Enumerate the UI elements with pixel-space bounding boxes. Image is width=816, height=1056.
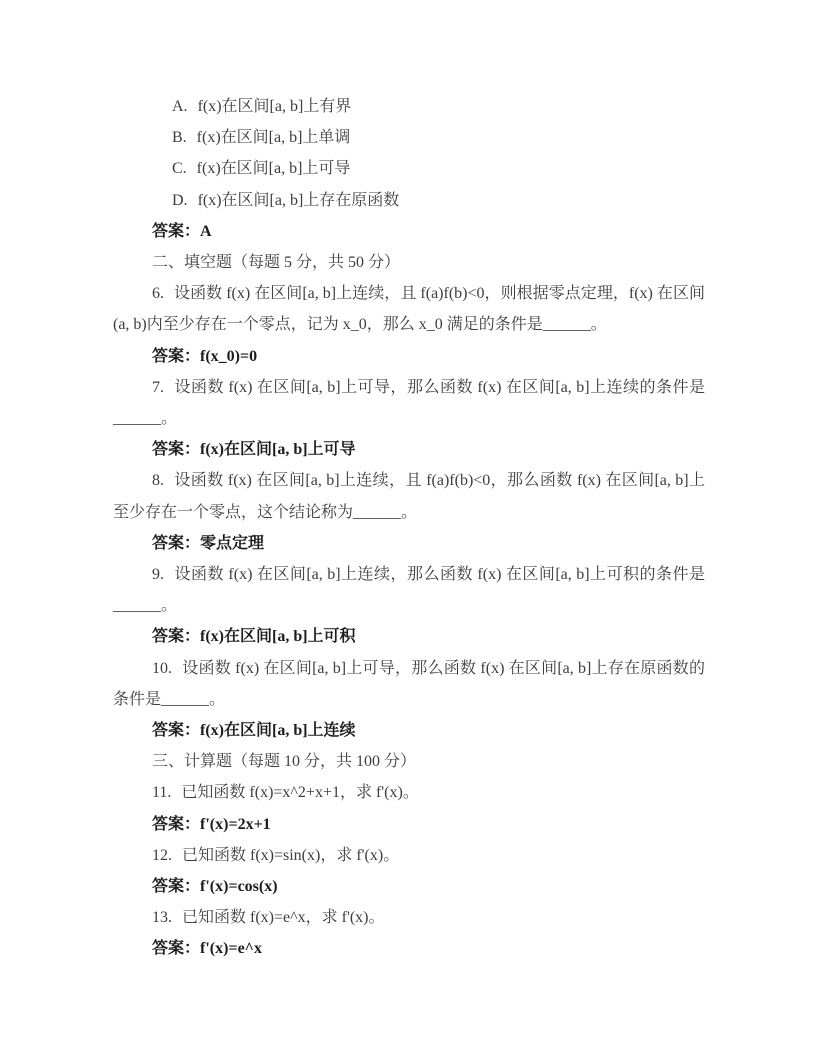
answer-prefix: 答案： [152, 816, 200, 833]
question-line: 7.设函数 f(x) 在区间[a, b]上可导，那么函数 f(x) 在区间[a,… [113, 372, 705, 434]
answer-line: 答案：A [113, 216, 705, 247]
question-number: 11. [152, 784, 171, 801]
question-text: 设函数 f(x) 在区间[a, b]上可导，那么函数 f(x) 在区间[a, b… [113, 379, 705, 427]
answer-prefix: 答案： [152, 722, 200, 739]
answer-prefix: 答案： [152, 348, 200, 365]
option-label: D. [172, 192, 188, 209]
answer-text: 零点定理 [200, 535, 264, 552]
option-label: C. [172, 160, 187, 177]
question-line: 6.设函数 f(x) 在区间[a, b]上连续，且 f(a)f(b)<0，则根据… [113, 278, 705, 340]
choice-option: A.f(x)在区间[a, b]上有界 [113, 91, 705, 122]
question-text: 已知函数 f(x)=e^x，求 f'(x)。 [182, 909, 385, 926]
document-page: A.f(x)在区间[a, b]上有界B.f(x)在区间[a, b]上单调C.f(… [0, 0, 816, 1056]
choice-option: B.f(x)在区间[a, b]上单调 [113, 122, 705, 153]
question-line: 11.已知函数 f(x)=x^2+x+1，求 f'(x)。 [113, 777, 705, 808]
answer-line: 答案：f'(x)=e^x [113, 933, 705, 964]
section-heading-calculation: 三、计算题（每题 10 分，共 100 分） [113, 746, 705, 777]
answer-text: f'(x)=e^x [200, 940, 262, 957]
answer-prefix: 答案： [152, 628, 200, 645]
answer-line: 答案：f(x_0)=0 [113, 341, 705, 372]
answer-line: 答案：f'(x)=2x+1 [113, 809, 705, 840]
question-text: 设函数 f(x) 在区间[a, b]上连续，且 f(a)f(b)<0，那么函数 … [113, 472, 705, 520]
question-number: 13. [152, 909, 172, 926]
option-label: A. [172, 98, 188, 115]
answer-prefix: 答案： [152, 940, 200, 957]
answer-prefix: 答案： [152, 441, 200, 458]
question-line: 8.设函数 f(x) 在区间[a, b]上连续，且 f(a)f(b)<0，那么函… [113, 465, 705, 527]
answer-prefix: 答案： [152, 535, 200, 552]
option-text: f(x)在区间[a, b]上单调 [197, 129, 351, 146]
answer-text: f(x)在区间[a, b]上连续 [200, 722, 356, 739]
answer-text: f'(x)=cos(x) [200, 878, 278, 895]
exam-content: A.f(x)在区间[a, b]上有界B.f(x)在区间[a, b]上单调C.f(… [113, 91, 705, 965]
option-text: f(x)在区间[a, b]上可导 [197, 160, 351, 177]
question-text: 设函数 f(x) 在区间[a, b]上连续，那么函数 f(x) 在区间[a, b… [113, 566, 705, 614]
section-heading-fill-blank: 二、填空题（每题 5 分，共 50 分） [113, 247, 705, 278]
question-number: 12. [152, 847, 172, 864]
answer-text: f(x)在区间[a, b]上可导 [200, 441, 356, 458]
answer-text: f(x_0)=0 [200, 348, 257, 365]
answer-text: f'(x)=2x+1 [200, 816, 271, 833]
question-line: 13.已知函数 f(x)=e^x，求 f'(x)。 [113, 902, 705, 933]
answer-line: 答案：f(x)在区间[a, b]上可导 [113, 434, 705, 465]
option-text: f(x)在区间[a, b]上存在原函数 [198, 192, 400, 209]
answer-line: 答案：f(x)在区间[a, b]上可积 [113, 621, 705, 652]
question-number: 10. [152, 660, 172, 677]
answer-prefix: 答案： [152, 878, 200, 895]
question-line: 10.设函数 f(x) 在区间[a, b]上可导，那么函数 f(x) 在区间[a… [113, 653, 705, 715]
question-text: 已知函数 f(x)=x^2+x+1，求 f'(x)。 [181, 784, 418, 801]
question-text: 设函数 f(x) 在区间[a, b]上连续，且 f(a)f(b)<0，则根据零点… [113, 285, 705, 333]
question-text: 已知函数 f(x)=sin(x)，求 f'(x)。 [182, 847, 399, 864]
question-number: 8. [152, 472, 164, 489]
answer-line: 答案：f(x)在区间[a, b]上连续 [113, 715, 705, 746]
answer-prefix: 答案： [152, 223, 200, 240]
question-line: 9.设函数 f(x) 在区间[a, b]上连续，那么函数 f(x) 在区间[a,… [113, 559, 705, 621]
option-label: B. [172, 129, 187, 146]
choice-option: D.f(x)在区间[a, b]上存在原函数 [113, 185, 705, 216]
section-heading-text: 三、计算题（每题 10 分，共 100 分） [152, 753, 416, 770]
question-number: 6. [152, 285, 164, 302]
question-number: 9. [152, 566, 164, 583]
answer-text: A [200, 223, 212, 240]
answer-line: 答案：零点定理 [113, 528, 705, 559]
option-text: f(x)在区间[a, b]上有界 [198, 98, 352, 115]
question-number: 7. [152, 379, 164, 396]
question-text: 设函数 f(x) 在区间[a, b]上可导，那么函数 f(x) 在区间[a, b… [113, 660, 705, 708]
question-line: 12.已知函数 f(x)=sin(x)，求 f'(x)。 [113, 840, 705, 871]
answer-text: f(x)在区间[a, b]上可积 [200, 628, 356, 645]
choice-option: C.f(x)在区间[a, b]上可导 [113, 153, 705, 184]
answer-line: 答案：f'(x)=cos(x) [113, 871, 705, 902]
section-heading-text: 二、填空题（每题 5 分，共 50 分） [152, 254, 400, 271]
